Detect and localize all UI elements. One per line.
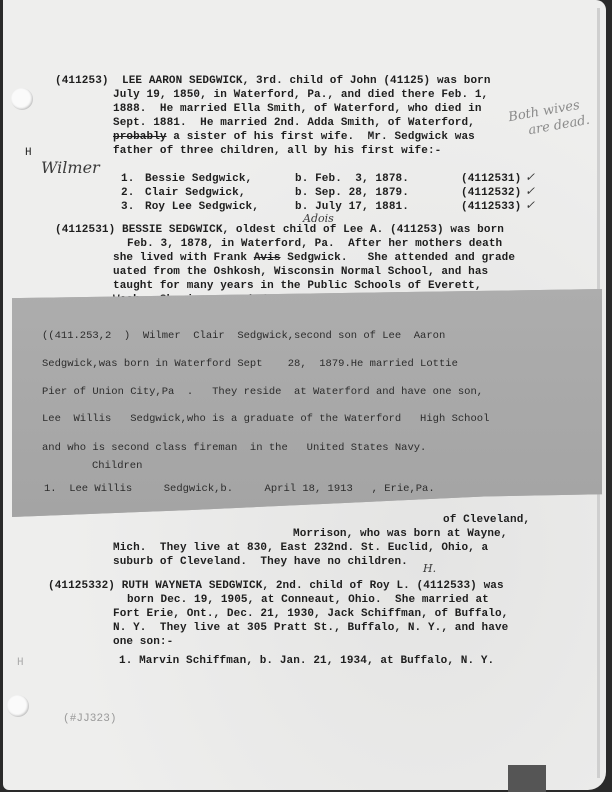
- slip-line-3: Pier of Union City,Pa . They reside at W…: [42, 385, 483, 399]
- struck-word: Avis: [254, 252, 281, 264]
- child-3-id: (4112533): [461, 200, 521, 214]
- child-1-num: 1.: [121, 172, 134, 186]
- entry-41125332-line-2: born Dec. 19, 1905, at Conneaut, Ohio. S…: [127, 593, 489, 607]
- entry-4112531-line-5: taught for many years in the Public Scho…: [113, 279, 482, 293]
- child-3-num: 3.: [121, 200, 134, 214]
- margin-mark-h-2: H: [17, 656, 24, 670]
- slip-line-1: ((411.253,2 ) Wilmer Clair Sedgwick,seco…: [42, 329, 445, 343]
- entry-41125332-line-3: Fort Erie, Ont., Dec. 21, 1930, Jack Sch…: [113, 607, 508, 621]
- check-icon: ✓: [525, 170, 535, 184]
- check-icon: ✓: [525, 184, 535, 198]
- entry-4112531-line-1: (4112531) BESSIE SEDGWICK, oldest child …: [55, 223, 504, 237]
- slip-line-4: Lee Willis Sedgwick,who is a graduate of…: [42, 412, 489, 426]
- entry-411253-line-5: probably a sister of his first wife. Mr.…: [113, 130, 475, 144]
- footer-code: (#JJ323): [63, 712, 117, 726]
- child-2-num: 2.: [121, 186, 134, 200]
- entry-4112531-line-4: uated from the Oshkosh, Wisconsin Normal…: [113, 265, 488, 279]
- punch-hole-top: [11, 88, 33, 110]
- entry-4112531-line-3: she lived with Frank Avis Sedgwick. She …: [113, 251, 515, 265]
- entry-411253-line-3: 1888. He married Ella Smith, of Waterfor…: [113, 102, 482, 116]
- slip-line-5: and who is second class fireman in the U…: [42, 441, 426, 455]
- slip-line-2: Sedgwick,was born in Waterford Sept 28, …: [42, 357, 458, 371]
- handwritten-h-mark: H.: [423, 562, 436, 575]
- entry-41125332-line-5: one son:-: [113, 635, 173, 649]
- child-2-born: b. Sep. 28, 1879.: [295, 186, 409, 200]
- slip-child-1: 1. Lee Willis Sedgwick,b. April 18, 1913…: [44, 482, 435, 496]
- entry-41125332-line-4: N. Y. They live at 305 Pratt St., Buffal…: [113, 621, 508, 635]
- entry-41125332-child: 1. Marvin Schiffman, b. Jan. 21, 1934, a…: [119, 654, 494, 668]
- pasted-typed-slip: ((411.253,2 ) Wilmer Clair Sedgwick,seco…: [12, 289, 602, 517]
- entry-411253-line-2: July 19, 1850, in Waterford, Pa., and di…: [113, 88, 488, 102]
- entry-411253-line-1: (411253) LEE AARON SEDGWICK, 3rd. child …: [55, 74, 491, 88]
- entry-4112531-line-2: Feb. 3, 1878, in Waterford, Pa. After he…: [127, 237, 502, 251]
- slip-children-heading: Children: [92, 459, 142, 473]
- partial-line-4: suburb of Cleveland. They have no childr…: [113, 555, 408, 569]
- document-page: (411253) LEE AARON SEDGWICK, 3rd. child …: [3, 0, 606, 790]
- struck-word: probably: [113, 131, 167, 143]
- child-1-id: (4112531): [461, 172, 521, 186]
- child-2-id: (4112532): [461, 186, 521, 200]
- margin-mark-h: H: [25, 146, 32, 160]
- handwritten-wilmer: Wilmer: [41, 158, 100, 177]
- partial-line-2: Morrison, who was born at Wayne,: [293, 527, 507, 541]
- child-1-born: b. Feb. 3, 1878.: [295, 172, 409, 186]
- partial-line-1: of Cleveland,: [443, 513, 530, 527]
- child-1-name: Bessie Sedgwick,: [145, 172, 252, 186]
- child-3-name: Roy Lee Sedgwick,: [145, 200, 259, 214]
- punch-hole-bottom: [7, 695, 29, 717]
- dark-tab-marker: [508, 765, 546, 792]
- entry-411253-line-4: Sept. 1881. He married 2nd. Adda Smith, …: [113, 116, 475, 130]
- check-icon: ✓: [525, 198, 535, 212]
- partial-line-3: Mich. They live at 830, East 232nd. St. …: [113, 541, 488, 555]
- entry-41125332-line-1: (41125332) RUTH WAYNETA SEDGWICK, 2nd. c…: [48, 579, 504, 593]
- entry-411253-line-6: father of three children, all by his fir…: [113, 144, 441, 158]
- child-2-name: Clair Sedgwick,: [145, 186, 246, 200]
